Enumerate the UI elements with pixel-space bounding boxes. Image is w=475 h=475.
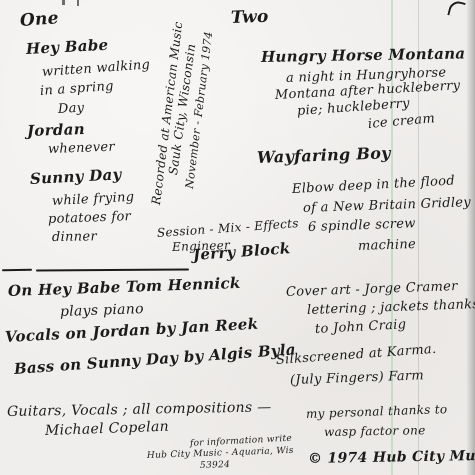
silkscreen-credit-line: (July Fingers) Farm <box>290 369 424 387</box>
track-title: Wayfaring Boy <box>257 145 391 166</box>
musician-credit-line: plays piano <box>60 302 144 319</box>
track-note-line: Day <box>58 102 85 116</box>
cover-art-credit-line: Cover art - Jorge Cramer <box>286 280 458 299</box>
track-note-line: written walking <box>42 58 151 79</box>
musician-credit-line: Michael Copelan <box>45 420 169 438</box>
cover-art-credit-line: lettering ; jackets thanks <box>307 298 475 317</box>
silkscreen-credit-line: Silkscreened at Karma. <box>276 343 437 367</box>
track-note-line: dinner <box>52 230 97 244</box>
musician-credit-line: On Hey Babe Tom Hennick <box>8 276 241 299</box>
track-note-line: ice cream <box>367 112 435 131</box>
track-note-line: of a New Britain Gridley <box>303 196 471 215</box>
track-title: Sunny Day <box>30 167 122 187</box>
side-two-label: Two <box>231 9 269 27</box>
track-title: Jordan <box>27 122 85 139</box>
divider-line <box>2 269 32 272</box>
scan-speck <box>62 0 65 5</box>
contact-line: 53924 <box>200 461 230 471</box>
engineer-signature: Jerry Block <box>192 241 290 263</box>
divider-line <box>36 268 189 271</box>
album-back-cover: One Hey Babe written walking in a spring… <box>0 0 475 475</box>
thanks-line: my personal thanks to <box>306 403 448 420</box>
track-note-line: potatoes for <box>48 210 132 226</box>
musician-credit-line: Guitars, Vocals ; all compositions — <box>7 400 272 419</box>
track-title: Hungry Horse Montana <box>261 46 466 65</box>
stray-ink-mark <box>447 0 465 19</box>
track-note-line: 6 spindle screw <box>308 217 416 234</box>
track-note-line: whenever <box>48 141 115 156</box>
track-title: Hey Babe <box>26 38 109 57</box>
musician-credit-line: Bass on Sunny Day by Algis Byla <box>13 342 296 377</box>
copyright-line: © 1974 Hub City Music <box>308 449 475 466</box>
scan-speck <box>77 0 79 6</box>
track-note-line: Elbow deep in the flood <box>292 174 456 196</box>
side-one-label: One <box>19 10 59 30</box>
engineer-credit-line: Session - Mix - Effects <box>157 217 300 239</box>
track-note-line: machine <box>358 238 416 253</box>
track-note-line: while frying <box>52 191 135 208</box>
thanks-line: wasp factor one <box>324 424 426 438</box>
scan-edge-strip <box>466 0 475 475</box>
track-note-line: in a spring <box>40 80 115 98</box>
musician-credit-line: Vocals on Jordan by Jan Reek <box>5 317 259 345</box>
contact-line: Hub City Music - Aquaria, Wis <box>147 447 294 461</box>
